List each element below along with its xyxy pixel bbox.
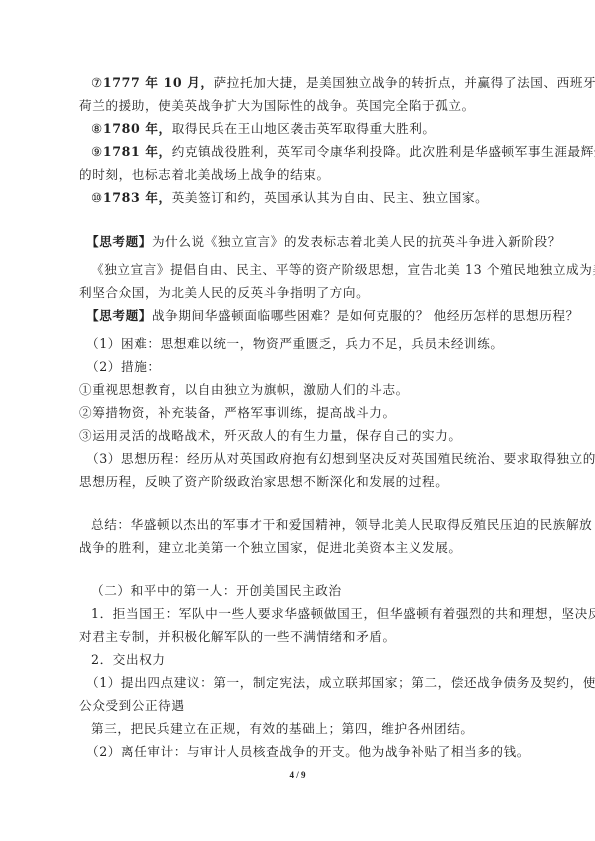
item-number: ⑦: [91, 75, 103, 90]
item-number: ⑨: [91, 144, 103, 159]
item-date: 1777 年 10 月，: [103, 75, 214, 90]
section-2-point-2-1-line-1: （1）提出四点建议：第一，制定宪法，成立联邦国家；第二，偿还战争债务及契约，使: [86, 675, 595, 691]
question-2: 【思考题】战争期间华盛顿面临哪些困难？是如何克服的？ 他经历怎样的思想历程？: [86, 308, 579, 324]
item-9: ⑨1781 年，约克镇战役胜利，英军司令康华利投降。此次胜利是华盛顿军事生涯最辉…: [91, 144, 595, 160]
item-8: ⑧1780 年，取得民兵在王山地区袭击英军取得重大胜利。: [91, 121, 436, 137]
item-number: ⑧: [91, 121, 103, 136]
question-label: 【思考题】: [86, 308, 152, 323]
item-text: 萨拉托加大捷，是美国独立战争的转折点，并赢得了法国、西班牙、: [214, 75, 595, 90]
item-number: ⑩: [91, 190, 103, 205]
answer-1-line-2: 利坚合众国，为北美人民的反英斗争指明了方向。: [79, 285, 369, 301]
question-text: 为什么说《独立宣言》的发表标志着北美人民的抗英斗争进入新阶段？: [152, 234, 561, 249]
document-page: ⑦1777 年 10 月，萨拉托加大捷，是美国独立战争的转折点，并赢得了法国、西…: [0, 0, 595, 841]
item-text: 英美签订和约，英国承认其为自由、民主、独立国家。: [172, 190, 489, 205]
measure-1: ①重视思想教育，以自由独立为旗帜，激励人们的斗志。: [79, 382, 409, 398]
item-date: 1780 年，: [103, 121, 172, 136]
summary-line-2: 战争的胜利，建立北美第一个独立国家，促进北美资本主义发展。: [79, 540, 462, 556]
answer-2-thought-line-2: 思想历程，反映了资产阶级政治家思想不断深化和发展的过程。: [79, 474, 448, 490]
section-2-point-2-1-line-3: 第三，把民兵建立在正规，有效的基础上；第四，维护各州团结。: [91, 721, 474, 737]
item-text: 约克镇战役胜利，英军司令康华利投降。此次胜利是华盛顿军事生涯最辉煌: [172, 144, 595, 159]
section-2-point-2-1-line-2: 公众受到公正待遇: [79, 698, 185, 714]
section-2-point-2-2: （2）离任审计：与审计人员核查战争的开支。他为战争补贴了相当多的钱。: [86, 744, 530, 760]
item-10: ⑩1783 年，英美签订和约，英国承认其为自由、民主、独立国家。: [91, 190, 488, 206]
measure-3: ③运用灵活的战略战术，歼灭敌人的有生力量，保存自己的实力。: [79, 428, 462, 444]
measure-2: ②筹措物资，补充装备，严格军事训练，提高战斗力。: [79, 405, 396, 421]
summary-line-1: 总结：华盛顿以杰出的军事才干和爱国精神，领导北美人民取得反殖民压迫的民族解放: [91, 517, 592, 533]
answer-1-line-1: 《独立宣言》提倡自由、民主、平等的资产阶级思想，宣告北美 13 个殖民地独立成为…: [91, 262, 595, 278]
item-7-continued: 荷兰的援助，使美英战争扩大为国际性的战争。英国完全陷于孤立。: [79, 98, 475, 114]
item-7: ⑦1777 年 10 月，萨拉托加大捷，是美国独立战争的转折点，并赢得了法国、西…: [91, 75, 595, 91]
answer-2-measures-title: （2）措施：: [86, 359, 161, 375]
item-date: 1781 年，: [103, 144, 172, 159]
section-2-point-2-title: 2．交出权力: [91, 652, 166, 668]
section-2-point-1-line-1: 1．拒当国王：军队中一些人要求华盛顿做国王，但华盛顿有着强烈的共和理想，坚决反: [91, 606, 595, 622]
section-2-title: （二）和平中的第一人：开创美国民主政治: [91, 583, 342, 599]
question-label: 【思考题】: [86, 234, 152, 249]
answer-2-difficulty: （1）困难：思想难以统一，物资严重匮乏，兵力不足，兵员未经训练。: [86, 336, 504, 352]
item-text: 取得民兵在王山地区袭击英军取得重大胜利。: [172, 121, 436, 136]
item-date: 1783 年，: [103, 190, 172, 205]
section-2-point-1-line-2: 对君主专制，并积极化解军队的一些不满情绪和矛盾。: [79, 629, 396, 645]
answer-2-thought-line-1: （3）思想历程：经历从对英国政府抱有幻想到坚决反对英国殖民统治、要求取得独立的: [86, 451, 595, 467]
item-9-continued: 的时刻，也标志着北美战场上战争的结束。: [79, 167, 330, 183]
question-text: 战争期间华盛顿面临哪些困难？是如何克服的？ 他经历怎样的思想历程？: [152, 308, 579, 323]
page-number: 4 / 9: [0, 770, 595, 780]
question-1: 【思考题】为什么说《独立宣言》的发表标志着北美人民的抗英斗争进入新阶段？: [86, 234, 561, 250]
